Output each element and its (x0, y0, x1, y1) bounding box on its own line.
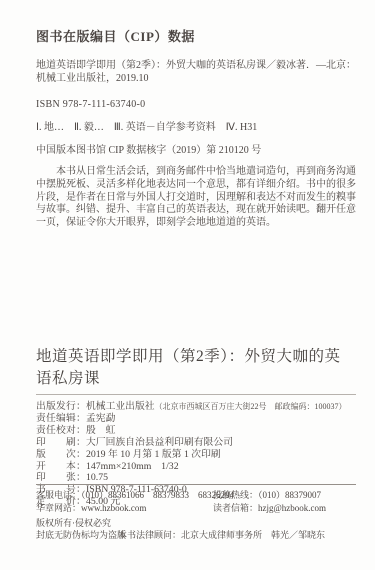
colophon-row-sheets: 印 张：10.75 (36, 472, 356, 484)
contact-row-phone: 客服电话：（010）88361066 88379833 68326294 投稿热… (36, 489, 356, 502)
anti-piracy-notice: 封底无防伪标均为盗版 (36, 530, 126, 540)
cip-classification: Ⅰ. 地… Ⅱ. 毅… Ⅲ. 英语－自学参考资料 Ⅳ. H31 (36, 118, 356, 133)
footer-line2: 封底无防伪标均为盗版 本书法律顾问：北京大成律师事务所 韩光／邹晓东 (36, 530, 356, 542)
cip-section: 图书在版编目（CIP）数据 地道英语即学即用（第2季）：外贸大咖的英语私房课／毅… (36, 26, 356, 230)
website: 华章网站：www.hzbook.com (36, 503, 146, 513)
service-phone: 客服电话：（010）88361066 88379833 68326294 (36, 490, 234, 500)
colophon-value: 147mm×210mm 1/32 (86, 461, 179, 472)
colophon-label: 出版发行： (36, 401, 86, 412)
colophon-label: 版 次： (36, 449, 86, 460)
book-summary: 本书从日常生活会话，到商务邮件中恰当地遣词造句，再到商务沟通中摆脱死板、灵活多样… (36, 166, 356, 230)
cip-entry: 地道英语即学即用（第2季）：外贸大咖的英语私房课／毅冰著．—北京：机械工业出版社… (36, 59, 356, 85)
colophon-row-format: 开 本：147mm×210mm 1/32 (36, 461, 356, 473)
colophon-value: 大厂回族自治县益利印刷有限公司 (86, 437, 233, 448)
colophon-row-proofreader: 责任校对：殷 虹 (36, 425, 356, 437)
colophon-label: 印 张： (36, 472, 86, 483)
contact-divider (36, 484, 356, 485)
colophon-note: （北京市西城区百万庄大街22号 邮政编码：100037） (155, 402, 347, 411)
cip-isbn: ISBN 978-7-111-63740-0 (36, 99, 356, 110)
colophon-row-printer: 印 刷：大厂回族自治县益利印刷有限公司 (36, 437, 356, 449)
colophon-value: 殷 虹 (86, 425, 115, 436)
title-divider (36, 394, 356, 395)
contact-row-web: 华章网站：www.hzbook.com 读者信箱：hzjg@hzbook.com (36, 502, 356, 515)
cip-heading: 图书在版编目（CIP）数据 (36, 26, 356, 45)
colophon-row-editor: 责任编辑：孟宪勐 (36, 413, 356, 425)
copyright-notice: 版权所有·侵权必究 (36, 518, 356, 530)
colophon-label: 印 刷： (36, 437, 86, 448)
legal-counsel: 本书法律顾问：北京大成律师事务所 韩光／邹晓东 (118, 530, 325, 542)
book-title: 地道英语即学即用（第2季）：外贸大咖的英语私房课 (36, 344, 356, 388)
reader-email: 读者信箱：hzjg@hzbook.com (213, 502, 326, 515)
footer-section: 版权所有·侵权必究 封底无防伪标均为盗版 本书法律顾问：北京大成律师事务所 韩光… (36, 518, 356, 541)
colophon-label: 开 本： (36, 461, 86, 472)
colophon-label: 责任校对： (36, 425, 86, 436)
colophon-label: 责任编辑： (36, 413, 86, 424)
colophon-value: 10.75 (86, 472, 108, 483)
cip-record-number: 中国版本图书馆 CIP 数据核字（2019）第 210120 号 (36, 141, 356, 156)
colophon-value: 孟宪勐 (86, 413, 115, 424)
submission-hotline: 投稿热线：（010）88379007 (213, 489, 321, 502)
colophon-value: 机械工业出版社 (86, 401, 155, 412)
colophon-row-edition: 版 次：2019 年 10 月第 1 版第 1 次印刷 (36, 449, 356, 461)
colophon-row-publisher: 出版发行：机械工业出版社（北京市西城区百万庄大街22号 邮政编码：100037） (36, 401, 356, 413)
book-copyright-page: 图书在版编目（CIP）数据 地道英语即学即用（第2季）：外贸大咖的英语私房课／毅… (0, 0, 375, 570)
contact-section: 客服电话：（010）88361066 88379833 68326294 投稿热… (36, 489, 356, 514)
colophon-value: 2019 年 10 月第 1 版第 1 次印刷 (86, 449, 221, 460)
